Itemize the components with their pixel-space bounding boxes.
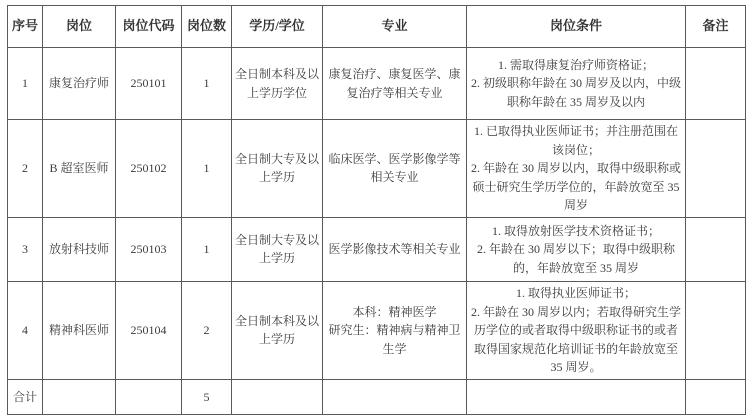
total-code [116, 379, 182, 414]
cell-count: 1 [182, 120, 232, 218]
cell-seq: 3 [8, 217, 43, 281]
table-row: 2 B 超室医师 250102 1 全日制大专及以上学历 临床医学、医学影像学等… [8, 120, 746, 218]
cell-position: 放射科技师 [43, 217, 116, 281]
cell-remark [686, 48, 746, 120]
cell-education: 全日制本科及以上学历 [232, 281, 323, 379]
cell-education: 全日制大专及以上学历 [232, 120, 323, 218]
header-position: 岗位 [43, 6, 116, 48]
job-table: 序号 岗位 岗位代码 岗位数 学历/学位 专业 岗位条件 备注 1 康复治疗师 … [7, 5, 746, 415]
total-education [232, 379, 323, 414]
total-count: 5 [182, 379, 232, 414]
table-row: 4 精神科医师 250104 2 全日制本科及以上学历 本科：精神医学 研究生：… [8, 281, 746, 379]
cell-education: 全日制大专及以上学历 [232, 217, 323, 281]
cell-remark [686, 217, 746, 281]
table-row: 1 康复治疗师 250101 1 全日制本科及以上学历学位 康复治疗、康复医学、… [8, 48, 746, 120]
cell-code: 250102 [116, 120, 182, 218]
cell-major: 医学影像技术等相关专业 [323, 217, 467, 281]
cell-position: B 超室医师 [43, 120, 116, 218]
cell-count: 1 [182, 217, 232, 281]
cell-count: 1 [182, 48, 232, 120]
cell-requirements: 1. 取得放射医学技术资格证书； 2. 年龄在 30 周岁以下；取得中级职称的，… [467, 217, 686, 281]
total-major [323, 379, 467, 414]
total-row: 合计 5 [8, 379, 746, 414]
cell-education: 全日制本科及以上学历学位 [232, 48, 323, 120]
cell-code: 250101 [116, 48, 182, 120]
header-major: 专业 [323, 6, 467, 48]
cell-position: 精神科医师 [43, 281, 116, 379]
header-requirements: 岗位条件 [467, 6, 686, 48]
total-remark [686, 379, 746, 414]
header-count: 岗位数 [182, 6, 232, 48]
cell-major: 康复治疗、康复医学、康复治疗等相关专业 [323, 48, 467, 120]
cell-requirements: 1. 需取得康复治疗师资格证； 2. 初级职称年龄在 30 周岁及以内，中级职称… [467, 48, 686, 120]
job-table-container: 序号 岗位 岗位代码 岗位数 学历/学位 专业 岗位条件 备注 1 康复治疗师 … [0, 0, 750, 420]
cell-code: 250104 [116, 281, 182, 379]
cell-seq: 4 [8, 281, 43, 379]
cell-code: 250103 [116, 217, 182, 281]
header-education: 学历/学位 [232, 6, 323, 48]
header-code: 岗位代码 [116, 6, 182, 48]
cell-count: 2 [182, 281, 232, 379]
header-remark: 备注 [686, 6, 746, 48]
cell-position: 康复治疗师 [43, 48, 116, 120]
cell-requirements: 1. 已取得执业医师证书；并注册范围在该岗位； 2. 年龄在 30 周岁以内，取… [467, 120, 686, 218]
total-position [43, 379, 116, 414]
cell-requirements: 1. 取得执业医师证书； 2. 年龄在 30 周岁以内；若取得研究生学历学位的或… [467, 281, 686, 379]
cell-remark [686, 120, 746, 218]
cell-major: 本科：精神医学 研究生：精神病与精神卫生学 [323, 281, 467, 379]
cell-seq: 1 [8, 48, 43, 120]
cell-major: 临床医学、医学影像学等相关专业 [323, 120, 467, 218]
total-label: 合计 [8, 379, 43, 414]
cell-seq: 2 [8, 120, 43, 218]
cell-remark [686, 281, 746, 379]
table-row: 3 放射科技师 250103 1 全日制大专及以上学历 医学影像技术等相关专业 … [8, 217, 746, 281]
header-seq: 序号 [8, 6, 43, 48]
total-requirements [467, 379, 686, 414]
header-row: 序号 岗位 岗位代码 岗位数 学历/学位 专业 岗位条件 备注 [8, 6, 746, 48]
